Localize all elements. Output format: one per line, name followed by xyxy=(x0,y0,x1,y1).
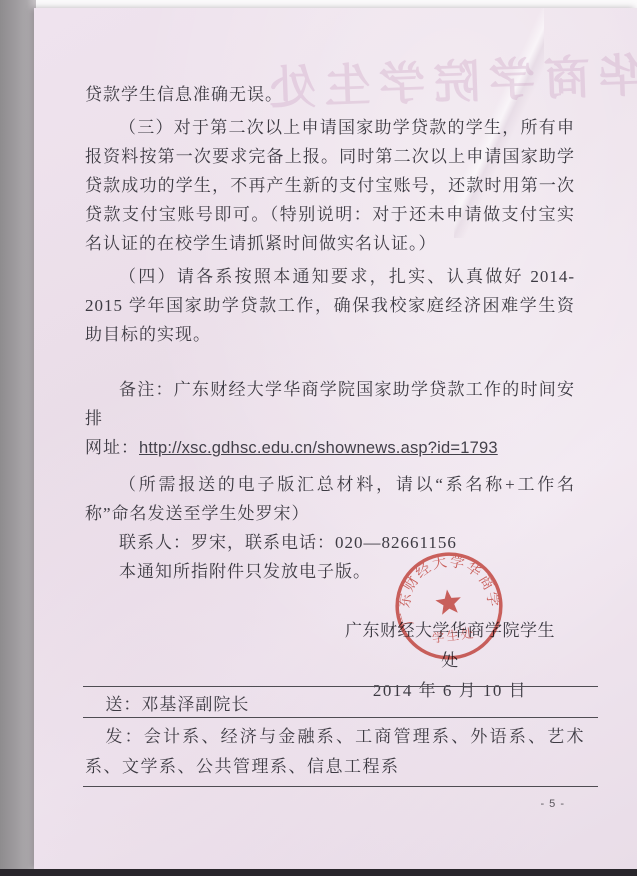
footer-divider-middle xyxy=(83,717,598,718)
official-red-seal: 广东财经大学华商学院 学生处 xyxy=(385,542,512,669)
footer-divider-bottom xyxy=(83,786,598,787)
note-line1: 备注：广东财经大学华商学院国家助学贷款工作的时间安排 xyxy=(85,380,575,428)
seal-ring-text: 广东财经大学华商学院 xyxy=(385,542,503,629)
note-line2: 网址：http://xsc.gdhsc.edu.cn/shownews.asp?… xyxy=(85,433,575,463)
paragraph-email-naming: （所需报送的电子版汇总材料，请以“系名称+工作名称”命名发送至学生处罗宋） xyxy=(85,470,575,528)
scan-edge-left xyxy=(0,0,36,876)
scan-edge-bottom xyxy=(0,869,637,876)
seal-bottom-text: 学生处 xyxy=(431,625,476,645)
footer-send-line: 送：邓基泽副院长 xyxy=(85,690,575,715)
document-body: 贷款学生信息准确无误。 （三）对于第二次以上申请国家助学贷款的学生，所有申报资料… xyxy=(85,80,575,586)
seal-star-icon xyxy=(434,588,462,615)
note-block: 备注：广东财经大学华商学院国家助学贷款工作的时间安排 网址：http://xsc… xyxy=(85,375,575,463)
footer-divider-top xyxy=(83,686,598,687)
footer-distribution-line: 发：会计系、经济与金融系、工商管理系、外语系、艺术系、文学系、公共管理系、信息工… xyxy=(85,722,585,782)
page-number: - 5 - xyxy=(540,798,565,810)
loan-schedule-url: http://xsc.gdhsc.edu.cn/shownews.asp?id=… xyxy=(139,439,498,457)
paragraph-continuation: 贷款学生信息准确无误。 xyxy=(85,80,575,109)
scanned-page: 华商学院学生处 贷款学生信息准确无误。 （三）对于第二次以上申请国家助学贷款的学… xyxy=(0,0,637,876)
note-url-label: 网址： xyxy=(85,438,139,457)
paragraph-item-4: （四）请各系按照本通知要求，扎实、认真做好 2014-2015 学年国家助学贷款… xyxy=(85,262,575,349)
paragraph-item-3: （三）对于第二次以上申请国家助学贷款的学生，所有申报资料按第一次要求完备上报。同… xyxy=(85,113,575,258)
contact-line: 联系人：罗宋，联系电话：020—82661156 xyxy=(85,528,575,557)
